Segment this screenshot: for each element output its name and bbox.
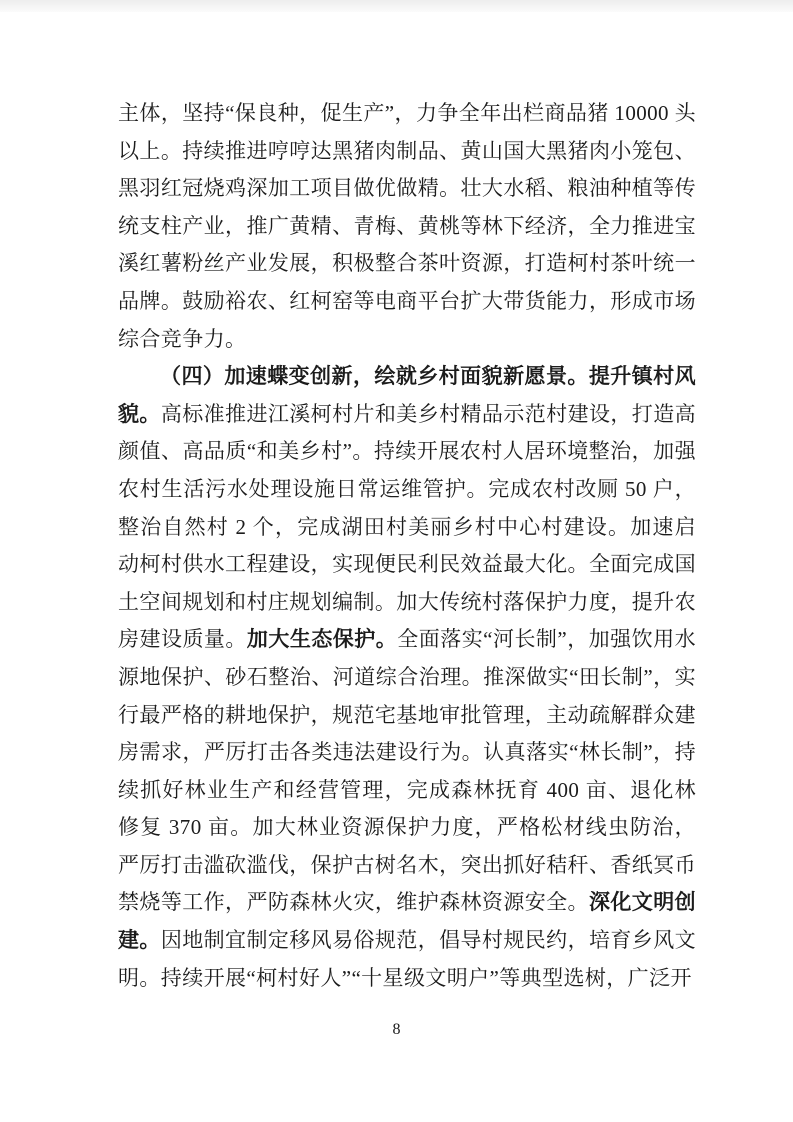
text-run: 全面落实“河长制”，加强饮用水源地保护、砂石整治、河道综合治理。推深做实“田长制… bbox=[118, 627, 696, 914]
paragraph-continuation: 主体，坚持“保良种，促生产”，力争全年出栏商品猪 10000 头以上。持续推进哼… bbox=[118, 95, 696, 358]
text-run: 高标准推进江溪柯村片和美乡村精品示范村建设，打造高颜值、高品质“和美乡村”。持续… bbox=[118, 402, 696, 652]
document-page: 主体，坚持“保良种，促生产”，力争全年出栏商品猪 10000 头以上。持续推进哼… bbox=[0, 0, 793, 1122]
page-number: 8 bbox=[0, 1021, 793, 1039]
page-top-edge bbox=[0, 0, 793, 12]
document-body: 主体，坚持“保良种，促生产”，力争全年出栏商品猪 10000 头以上。持续推进哼… bbox=[118, 95, 696, 997]
paragraph-section-four: （四）加速蝶变创新，绘就乡村面貌新愿景。提升镇村风貌。高标准推进江溪柯村片和美乡… bbox=[118, 358, 696, 997]
bold-text-run: 加大生态保护。 bbox=[247, 627, 397, 651]
text-run: 因地制宜制定移风易俗规范，倡导村规民约，培育乡风文明。持续开展“柯村好人”“十星… bbox=[118, 928, 696, 990]
text-run: 主体，坚持“保良种，促生产”，力争全年出栏商品猪 10000 头以上。持续推进哼… bbox=[118, 101, 696, 351]
